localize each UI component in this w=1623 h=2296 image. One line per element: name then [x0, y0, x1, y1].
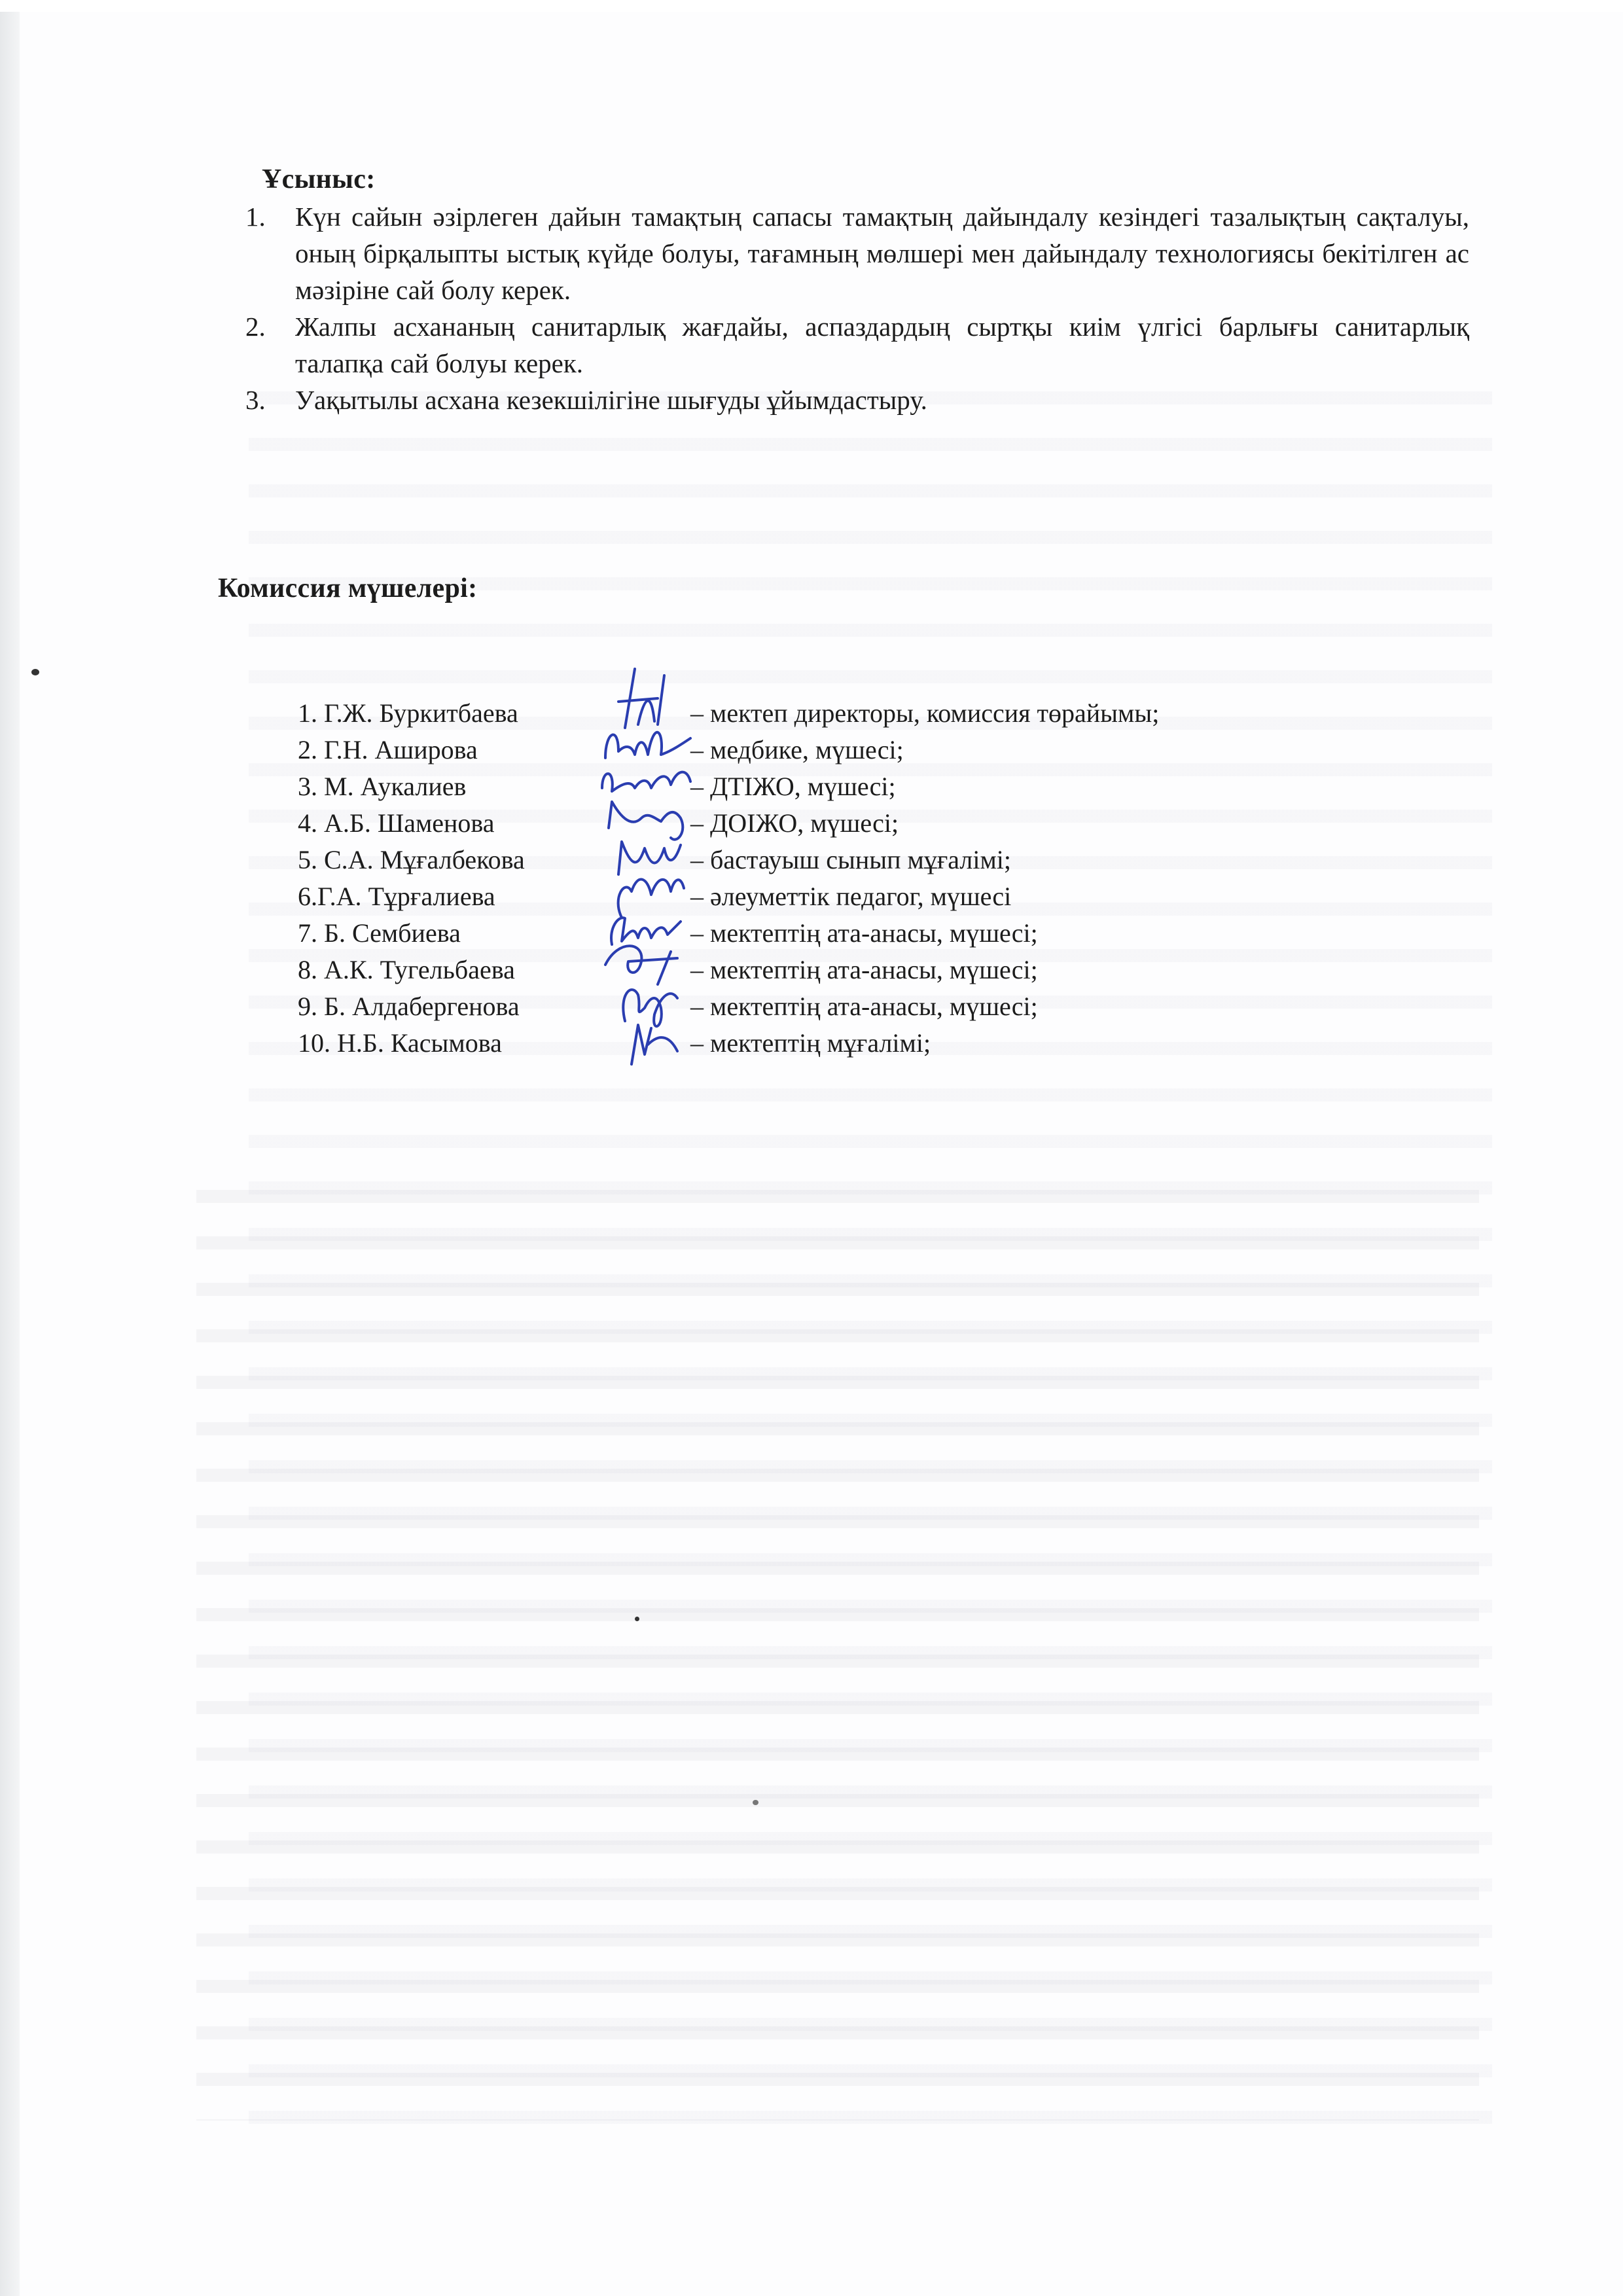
member-name: 2. Г.Н. Аширова [298, 732, 478, 768]
member-name: 7. Б. Сембиева [298, 915, 461, 952]
member-name: 10. Н.Б. Касымова [298, 1025, 502, 1062]
scan-speck [753, 1800, 758, 1805]
proposal-list: 1. Күн сайын әзірлеген дайын тамақтың са… [245, 198, 1469, 418]
member-name: 8. А.К. Тугельбаева [298, 952, 515, 988]
member-role: – мектептің мұғалімі; [690, 1025, 931, 1062]
member-role: – бастауыш сынып мұғалімі; [690, 842, 1011, 878]
commission-heading: Комиссия мүшелері: [218, 573, 477, 604]
member-name: 3. М. Аукалиев [298, 768, 466, 805]
proposal-item: 2. Жалпы асхананың санитарлық жағдайы, а… [245, 308, 1469, 382]
proposal-item-number: 1. [245, 198, 295, 308]
member-role: – әлеуметтік педагог, мүшесі [690, 878, 1011, 915]
member-role: – мектептің ата-анасы, мүшесі; [690, 915, 1038, 952]
proposal-item-number: 3. [245, 382, 295, 418]
member-name: 6.Г.А. Тұрғалиева [298, 878, 495, 915]
member-name: 5. С.А. Мұғалбекова [298, 842, 525, 878]
proposal-item: 1. Күн сайын әзірлеген дайын тамақтың са… [245, 198, 1469, 308]
proposal-item-text: Уақытылы асхана кезекшілігіне шығуды ұйы… [295, 382, 1469, 418]
member-name: 4. А.Б. Шаменова [298, 805, 495, 842]
scan-speck [31, 669, 39, 675]
member-role: – мектептің ата-анасы, мүшесі; [690, 988, 1038, 1025]
proposal-item-text: Күн сайын әзірлеген дайын тамақтың сапас… [295, 198, 1469, 308]
member-role: – ДОІЖО, мүшесі; [690, 805, 899, 842]
member-role: – мектеп директоры, комиссия төрайымы; [690, 695, 1159, 732]
reverse-side-bleed-through-lower [196, 1165, 1479, 2121]
member-name: 1. Г.Ж. Буркитбаева [298, 695, 518, 732]
proposal-item-number: 2. [245, 308, 295, 382]
member-role: – мектептің ата-анасы, мүшесі; [690, 952, 1038, 988]
member-role: – ДТІЖО, мүшесі; [690, 768, 896, 805]
signature-icon [599, 1018, 697, 1064]
scan-speck [635, 1617, 639, 1621]
member-role: – медбике, мүшесі; [690, 732, 904, 768]
proposal-heading: Ұсыныс: [262, 164, 375, 195]
member-name: 9. Б. Алдабергенова [298, 988, 520, 1025]
proposal-item: 3. Уақытылы асхана кезекшілігіне шығуды … [245, 382, 1469, 418]
scanner-edge-strip [0, 12, 20, 2296]
proposal-item-text: Жалпы асхананың санитарлық жағдайы, аспа… [295, 308, 1469, 382]
